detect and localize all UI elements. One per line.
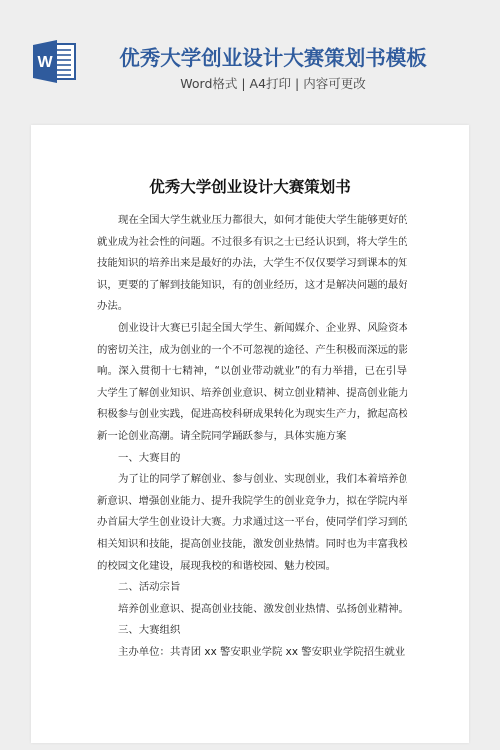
document-line: 的校园文化建设，展现我校的和谐校园、魅力校园。 <box>97 556 407 578</box>
document-line: 积极参与创业实践，促进高校科研成果转化为现实生产力，掀起高校 <box>97 404 407 426</box>
document-line: 的密切关注，成为创业的一个不可忽视的途径、产生积极而深远的影 <box>97 340 407 362</box>
document-line: 三、大赛组织 <box>97 620 407 642</box>
document-line: 现在全国大学生就业压力都很大，如何才能使大学生能够更好的 <box>97 210 407 232</box>
document-line: 新意识、增强创业能力、提升我院学生的创业竞争力，拟在学院内举 <box>97 491 407 513</box>
document-line: 主办单位：共青团 xx 警安职业学院 xx 警安职业学院招生就业 <box>97 642 407 664</box>
document-line: 新一论创业高潮。请全院同学踊跃参与，具体实施方案 <box>97 426 407 448</box>
document-line: 一、大赛目的 <box>97 448 407 470</box>
word-document-icon: W <box>31 40 77 83</box>
document-line: 相关知识和技能，提高创业技能，激发创业热情。同时也为丰富我校 <box>97 534 407 556</box>
template-title: 优秀大学创业设计大赛策划书模板 <box>118 45 428 71</box>
document-line: 识，更要的了解到技能知识，有的创业经历，这才是解决问题的最好 <box>97 275 407 297</box>
document-line: 为了让的同学了解创业、参与创业、实现创业，我们本着培养创 <box>97 469 407 491</box>
template-header: W 优秀大学创业设计大赛策划书模板 Word格式 | A4打印 | 内容可更改 <box>0 0 500 110</box>
document-body: 现在全国大学生就业压力都很大，如何才能使大学生能够更好的就业成为社会性的问题。不… <box>97 210 407 663</box>
document-line: 二、活动宗旨 <box>97 577 407 599</box>
document-line: 大学生了解创业知识、培养创业意识、树立创业精神、提高创业能力、 <box>97 383 407 405</box>
document-line: 就业成为社会性的问题。不过很多有识之士已经认识到，将大学生的 <box>97 232 407 254</box>
document-line: 技能知识的培养出来是最好的办法，大学生不仅仅要学习到课本的知 <box>97 253 407 275</box>
document-line: 培养创业意识、提高创业技能、激发创业热情、弘扬创业精神。 <box>97 599 407 621</box>
document-title: 优秀大学创业设计大赛策划书 <box>31 177 469 197</box>
document-line: 创业设计大赛已引起全国大学生、新闻媒介、企业界、风险资本 <box>97 318 407 340</box>
document-line: 办首届大学生创业设计大赛。力求通过这一平台，使同学们学习到的 <box>97 512 407 534</box>
document-line: 办法。 <box>97 296 407 318</box>
document-page: 优秀大学创业设计大赛策划书 现在全国大学生就业压力都很大，如何才能使大学生能够更… <box>31 125 469 743</box>
document-line: 响。深入贯彻十七精神，“以创业带动就业”的有力举措，已在引导 <box>97 361 407 383</box>
template-subtitle: Word格式 | A4打印 | 内容可更改 <box>118 75 428 93</box>
svg-text:W: W <box>37 54 53 71</box>
